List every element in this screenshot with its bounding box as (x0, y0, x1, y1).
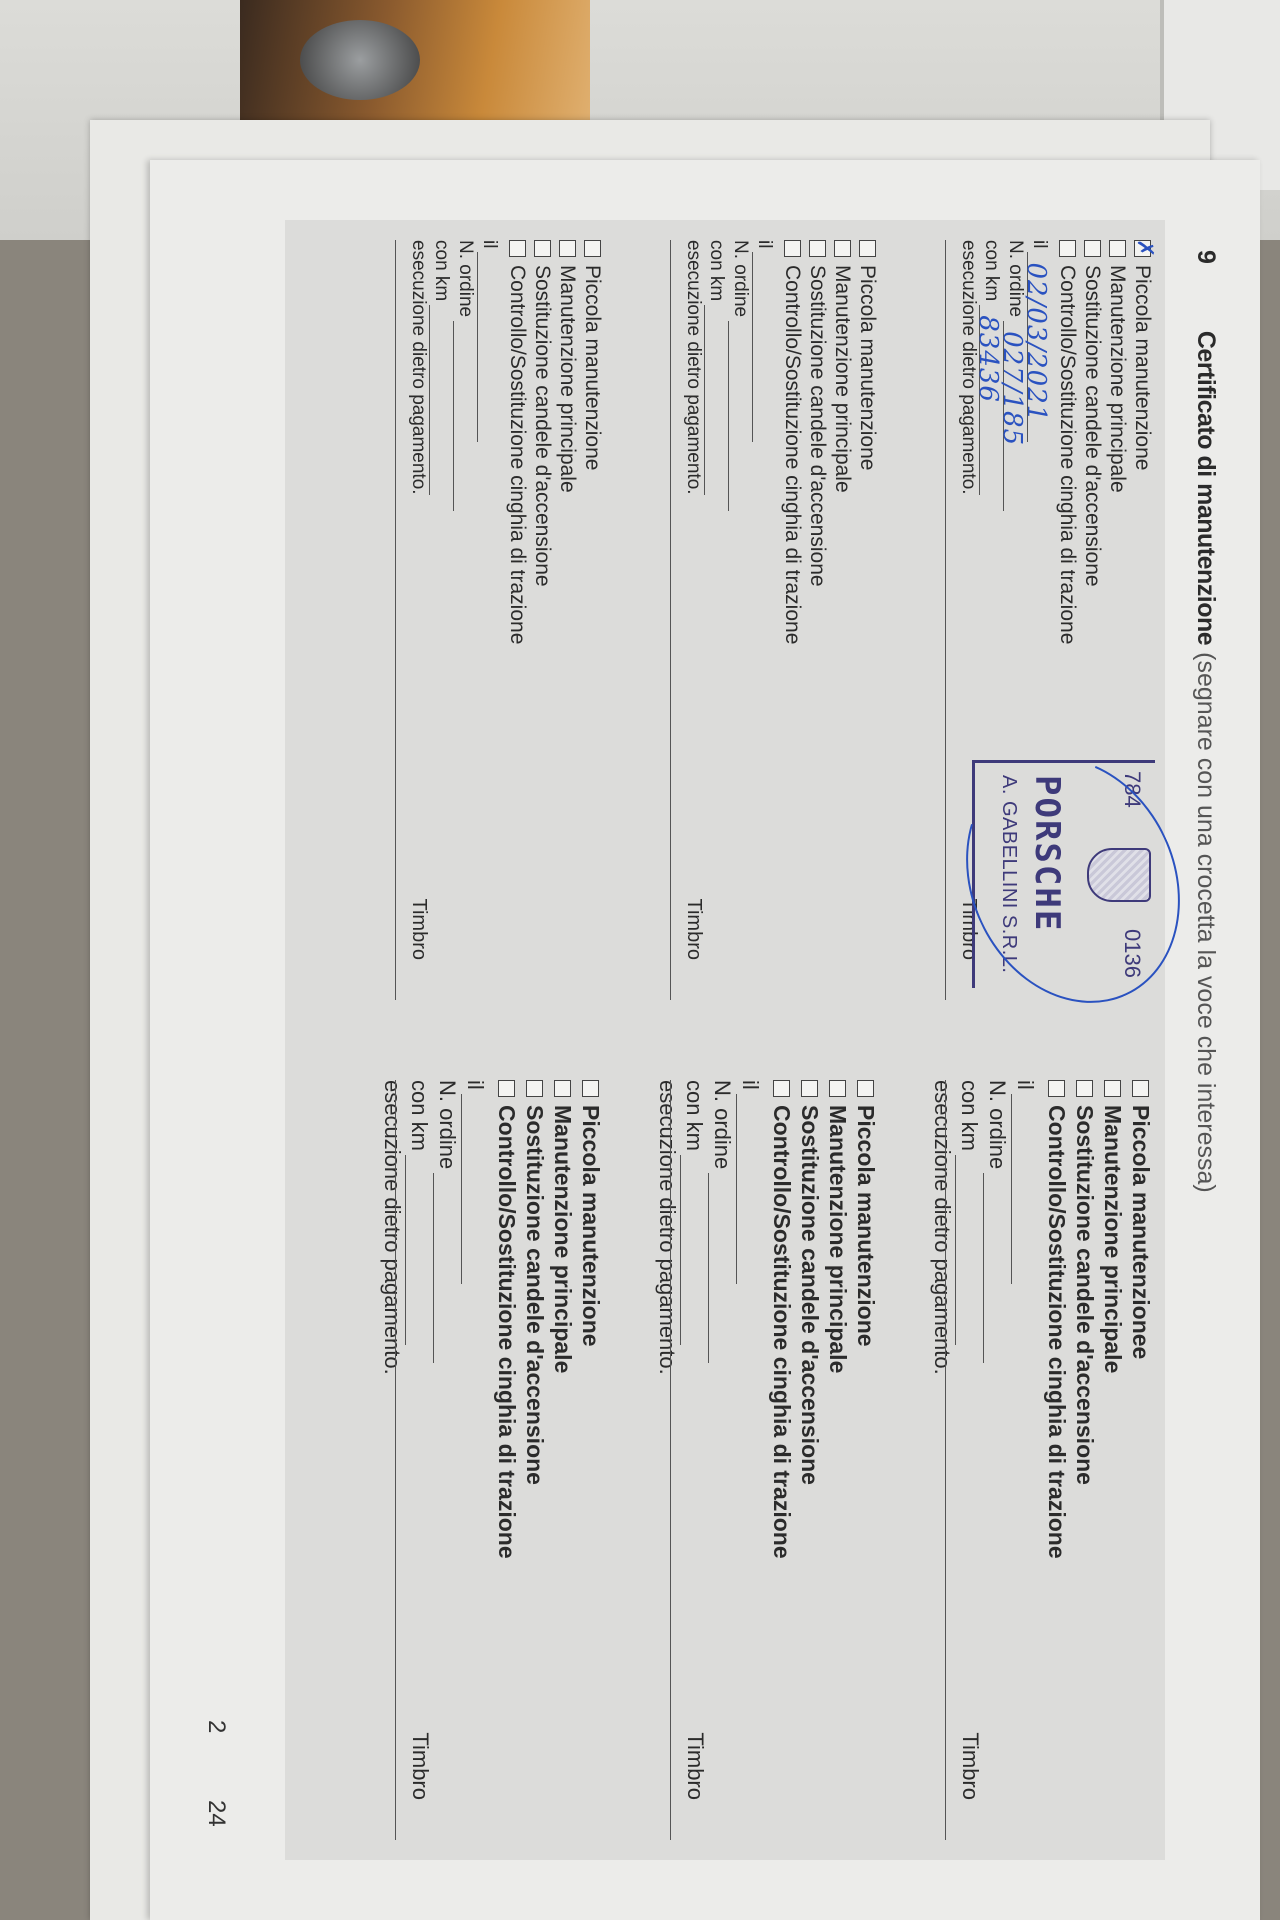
km-label: con km (979, 240, 1003, 301)
km-label: con km (955, 1080, 983, 1151)
maintenance-block-4: Piccola manutenzioneManutenzione princip… (670, 1080, 880, 1840)
option-label: Manutenzione principale (1105, 265, 1130, 493)
date-label: il (1027, 240, 1051, 248)
option-label: Sostituzione candele d'accensione (796, 1105, 824, 1485)
order-line[interactable] (433, 1173, 454, 1363)
dealer-stamp: 7840136PORSCHEA. GABELLINI S.R.L. (972, 760, 1155, 988)
date-field[interactable]: il (1011, 1080, 1039, 1840)
date-line[interactable] (736, 1094, 757, 1284)
maintenance-block-2: Piccola manutenzioneeManutenzione princi… (945, 1080, 1155, 1840)
option-label: Controllo/Sostituzione cinghia di trazio… (780, 265, 805, 644)
order-number-field[interactable]: N. ordine (433, 1080, 461, 1840)
block-divider (945, 240, 946, 1000)
option-label: Sostituzione candele d'accensione (1071, 1105, 1099, 1485)
execution-note: esecuzione dietro pagamento. (682, 240, 704, 1000)
date-label: il (461, 1080, 489, 1090)
date-label: il (736, 1080, 764, 1090)
stamp-label: Timbro (682, 1732, 708, 1800)
section-number: 9 (1192, 250, 1220, 264)
checkbox-icon[interactable] (509, 240, 526, 257)
checkbox-icon[interactable] (1109, 240, 1126, 257)
stamp-label: Timbro (957, 1732, 983, 1800)
checkbox-icon[interactable] (834, 240, 851, 257)
checkbox-icon[interactable] (527, 1080, 544, 1097)
maintenance-block-6: Piccola manutenzioneManutenzione princip… (395, 1080, 605, 1840)
km-line[interactable] (704, 305, 725, 495)
km-line[interactable] (405, 1155, 426, 1345)
option-row[interactable]: Manutenzione principale (830, 240, 855, 1000)
option-row[interactable]: Manutenzione principale (1099, 1080, 1127, 1840)
km-label: con km (680, 1080, 708, 1151)
maintenance-grid: Piccola manutenzioneManutenzione princip… (285, 220, 1165, 1860)
checkbox-icon[interactable] (584, 240, 601, 257)
stamp-label: Timbro (407, 899, 430, 960)
date-label: il (1011, 1080, 1039, 1090)
date-label: il (477, 240, 501, 248)
order-line[interactable] (453, 321, 474, 511)
title-text: Certificato di manutenzione (1192, 331, 1220, 645)
checkbox-icon[interactable] (774, 1080, 791, 1097)
title-instruction: (segnare con una crocetta la voce che in… (1192, 652, 1220, 1193)
checkbox-icon[interactable] (555, 1080, 572, 1097)
option-label: Sostituzione candele d'accensione (521, 1105, 549, 1485)
option-label: Manutenzione principale (830, 265, 855, 493)
option-row[interactable]: Piccola manutenzione (852, 1080, 880, 1840)
option-label: Controllo/Sostituzione cinghia di trazio… (505, 265, 530, 644)
order-number-field[interactable]: N. ordine (708, 1080, 736, 1840)
option-row[interactable]: Controllo/Sostituzione cinghia di trazio… (505, 240, 530, 1000)
option-label: Manutenzione principale (1099, 1105, 1127, 1373)
option-label: Manutenzione principale (555, 265, 580, 493)
checkbox-icon[interactable] (1105, 1080, 1122, 1097)
date-field[interactable]: il (752, 240, 776, 1000)
checkbox-icon[interactable] (499, 1080, 516, 1097)
option-label: Controllo/Sostituzione cinghia di trazio… (1055, 265, 1080, 644)
execution-note: esecuzione dietro pagamento. (379, 1080, 405, 1840)
checkbox-icon[interactable] (583, 1080, 600, 1097)
option-label: Piccola manutenzione (1130, 265, 1155, 470)
order-line[interactable] (728, 321, 749, 511)
option-label: Manutenzione principale (549, 1105, 577, 1373)
block-divider (670, 1080, 671, 1840)
km-line[interactable] (680, 1155, 701, 1345)
checkbox-icon[interactable] (1133, 1080, 1150, 1097)
block-divider (395, 240, 396, 1000)
checked-box-icon[interactable] (1134, 240, 1151, 257)
order-line[interactable] (708, 1173, 729, 1363)
order-label: N. ordine (433, 1080, 461, 1169)
execution-note: esecuzione dietro pagamento. (654, 1080, 680, 1840)
km-handwritten: 83436 (976, 315, 1000, 403)
option-label: Piccola manutenzione (577, 1105, 605, 1347)
maintenance-block-5: Piccola manutenzioneManutenzione princip… (395, 240, 605, 1000)
km-line[interactable] (955, 1155, 976, 1345)
option-label: Controllo/Sostituzione cinghia di trazio… (768, 1105, 796, 1559)
checkbox-icon[interactable] (809, 240, 826, 257)
option-row[interactable]: Piccola manutenzione (580, 240, 605, 1000)
option-row[interactable]: Piccola manutenzionee (1127, 1080, 1155, 1840)
maintenance-options: Piccola manutenzioneManutenzione princip… (780, 240, 880, 1000)
km-field[interactable]: con km (955, 1080, 983, 1840)
block-divider (395, 1080, 396, 1840)
order-number-field[interactable]: N. ordine (983, 1080, 1011, 1840)
date-line[interactable] (1011, 1094, 1032, 1284)
checkbox-icon[interactable] (859, 240, 876, 257)
underlying-page-number: 2 (202, 1720, 230, 1733)
km-field[interactable]: con km (405, 1080, 433, 1840)
page-number: 24 (202, 1800, 230, 1827)
maintenance-fields: il N. ordine con km esecuzione dietro pa… (407, 240, 501, 1000)
option-row[interactable]: Sostituzione candele d'accensione (521, 1080, 549, 1840)
stamp-label: Timbro (407, 1732, 433, 1800)
checkbox-icon[interactable] (1084, 240, 1101, 257)
order-line[interactable] (983, 1173, 1004, 1363)
checkbox-icon[interactable] (802, 1080, 819, 1097)
option-row[interactable]: Manutenzione principale (824, 1080, 852, 1840)
order-number-field[interactable]: N. ordine (453, 240, 477, 1000)
date-label: il (752, 240, 776, 248)
option-row[interactable]: Sostituzione candele d'accensione (1071, 1080, 1099, 1840)
option-row[interactable]: Piccola manutenzione (577, 1080, 605, 1840)
date-field[interactable]: il (477, 240, 501, 1000)
checkbox-icon[interactable] (534, 240, 551, 257)
km-label: con km (405, 1080, 433, 1151)
option-row[interactable]: Controllo/Sostituzione cinghia di trazio… (768, 1080, 796, 1840)
checkbox-icon[interactable] (784, 240, 801, 257)
booklet-page: 9 Certificato di manutenzione (segnare c… (150, 160, 1260, 1920)
option-label: Controllo/Sostituzione cinghia di trazio… (1043, 1105, 1071, 1559)
option-label: Sostituzione candele d'accensione (530, 265, 555, 587)
km-field[interactable]: con km (680, 1080, 708, 1840)
checkbox-icon[interactable] (559, 240, 576, 257)
stamp-label: Timbro (682, 899, 705, 960)
option-row[interactable]: Controllo/Sostituzione cinghia di trazio… (493, 1080, 521, 1840)
option-row[interactable]: Sostituzione candele d'accensione (805, 240, 830, 1000)
date-line[interactable] (752, 252, 773, 442)
option-label: Manutenzione principale (824, 1105, 852, 1373)
km-line[interactable]: 83436 (979, 305, 1000, 495)
maintenance-block-1: Piccola manutenzioneManutenzione princip… (945, 240, 1155, 1000)
order-line[interactable]: 027/185 (1003, 321, 1024, 511)
maintenance-options: Piccola manutenzioneeManutenzione princi… (1043, 1080, 1155, 1840)
date-field[interactable]: il (461, 1080, 489, 1840)
maintenance-block-3: Piccola manutenzioneManutenzione princip… (670, 240, 880, 1000)
maintenance-fields: il N. ordine con km esecuzione dietro pa… (682, 240, 776, 1000)
option-row[interactable]: Piccola manutenzione (855, 240, 880, 1000)
block-divider (670, 240, 671, 1000)
car-photo (240, 0, 590, 135)
order-label: N. ordine (983, 1080, 1011, 1169)
option-label: Sostituzione candele d'accensione (1080, 265, 1105, 587)
checkbox-icon[interactable] (858, 1080, 875, 1097)
checkbox-icon[interactable] (830, 1080, 847, 1097)
km-field[interactable]: con km (704, 240, 728, 1000)
block-divider (945, 1080, 946, 1840)
maintenance-options: Piccola manutenzioneManutenzione princip… (505, 240, 605, 1000)
checkbox-icon[interactable] (1049, 1080, 1066, 1097)
km-label: con km (429, 240, 453, 301)
order-handwritten: 027/185 (1000, 331, 1024, 446)
rotated-content: 9 Certificato di manutenzione (segnare c… (150, 160, 1260, 1920)
execution-note: esecuzione dietro pagamento. (407, 240, 429, 1000)
date-line[interactable]: 02/03/2021 (1027, 252, 1048, 442)
date-line[interactable] (477, 252, 498, 442)
date-handwritten: 02/03/2021 (1024, 262, 1048, 422)
order-label: N. ordine (453, 240, 477, 317)
maintenance-options: Piccola manutenzioneManutenzione princip… (493, 1080, 605, 1840)
option-label: Piccola manutenzione (852, 1105, 880, 1347)
option-label: Piccola manutenzione (580, 265, 605, 470)
date-line[interactable] (461, 1094, 482, 1284)
km-label: con km (704, 240, 728, 301)
option-row[interactable]: Controllo/Sostituzione cinghia di trazio… (1043, 1080, 1071, 1840)
option-row[interactable]: Manutenzione principale (555, 240, 580, 1000)
order-label: N. ordine (728, 240, 752, 317)
page-title: 9 Certificato di manutenzione (segnare c… (1191, 250, 1220, 1193)
option-row[interactable]: Controllo/Sostituzione cinghia di trazio… (780, 240, 805, 1000)
option-row[interactable]: Manutenzione principale (549, 1080, 577, 1840)
option-label: Sostituzione candele d'accensione (805, 265, 830, 587)
order-label: N. ordine (708, 1080, 736, 1169)
checkbox-icon[interactable] (1059, 240, 1076, 257)
option-label: Controllo/Sostituzione cinghia di trazio… (493, 1105, 521, 1559)
km-line[interactable] (429, 305, 450, 495)
date-field[interactable]: il (736, 1080, 764, 1840)
checkbox-icon[interactable] (1077, 1080, 1094, 1097)
km-field[interactable]: con km (429, 240, 453, 1000)
option-label: Piccola manutenzionee (1127, 1105, 1155, 1359)
option-row[interactable]: Sostituzione candele d'accensione (530, 240, 555, 1000)
order-number-field[interactable]: N. ordine (728, 240, 752, 1000)
option-label: Piccola manutenzione (855, 265, 880, 470)
option-row[interactable]: Sostituzione candele d'accensione (796, 1080, 824, 1840)
maintenance-options: Piccola manutenzioneManutenzione princip… (768, 1080, 880, 1840)
execution-note: esecuzione dietro pagamento. (929, 1080, 955, 1840)
